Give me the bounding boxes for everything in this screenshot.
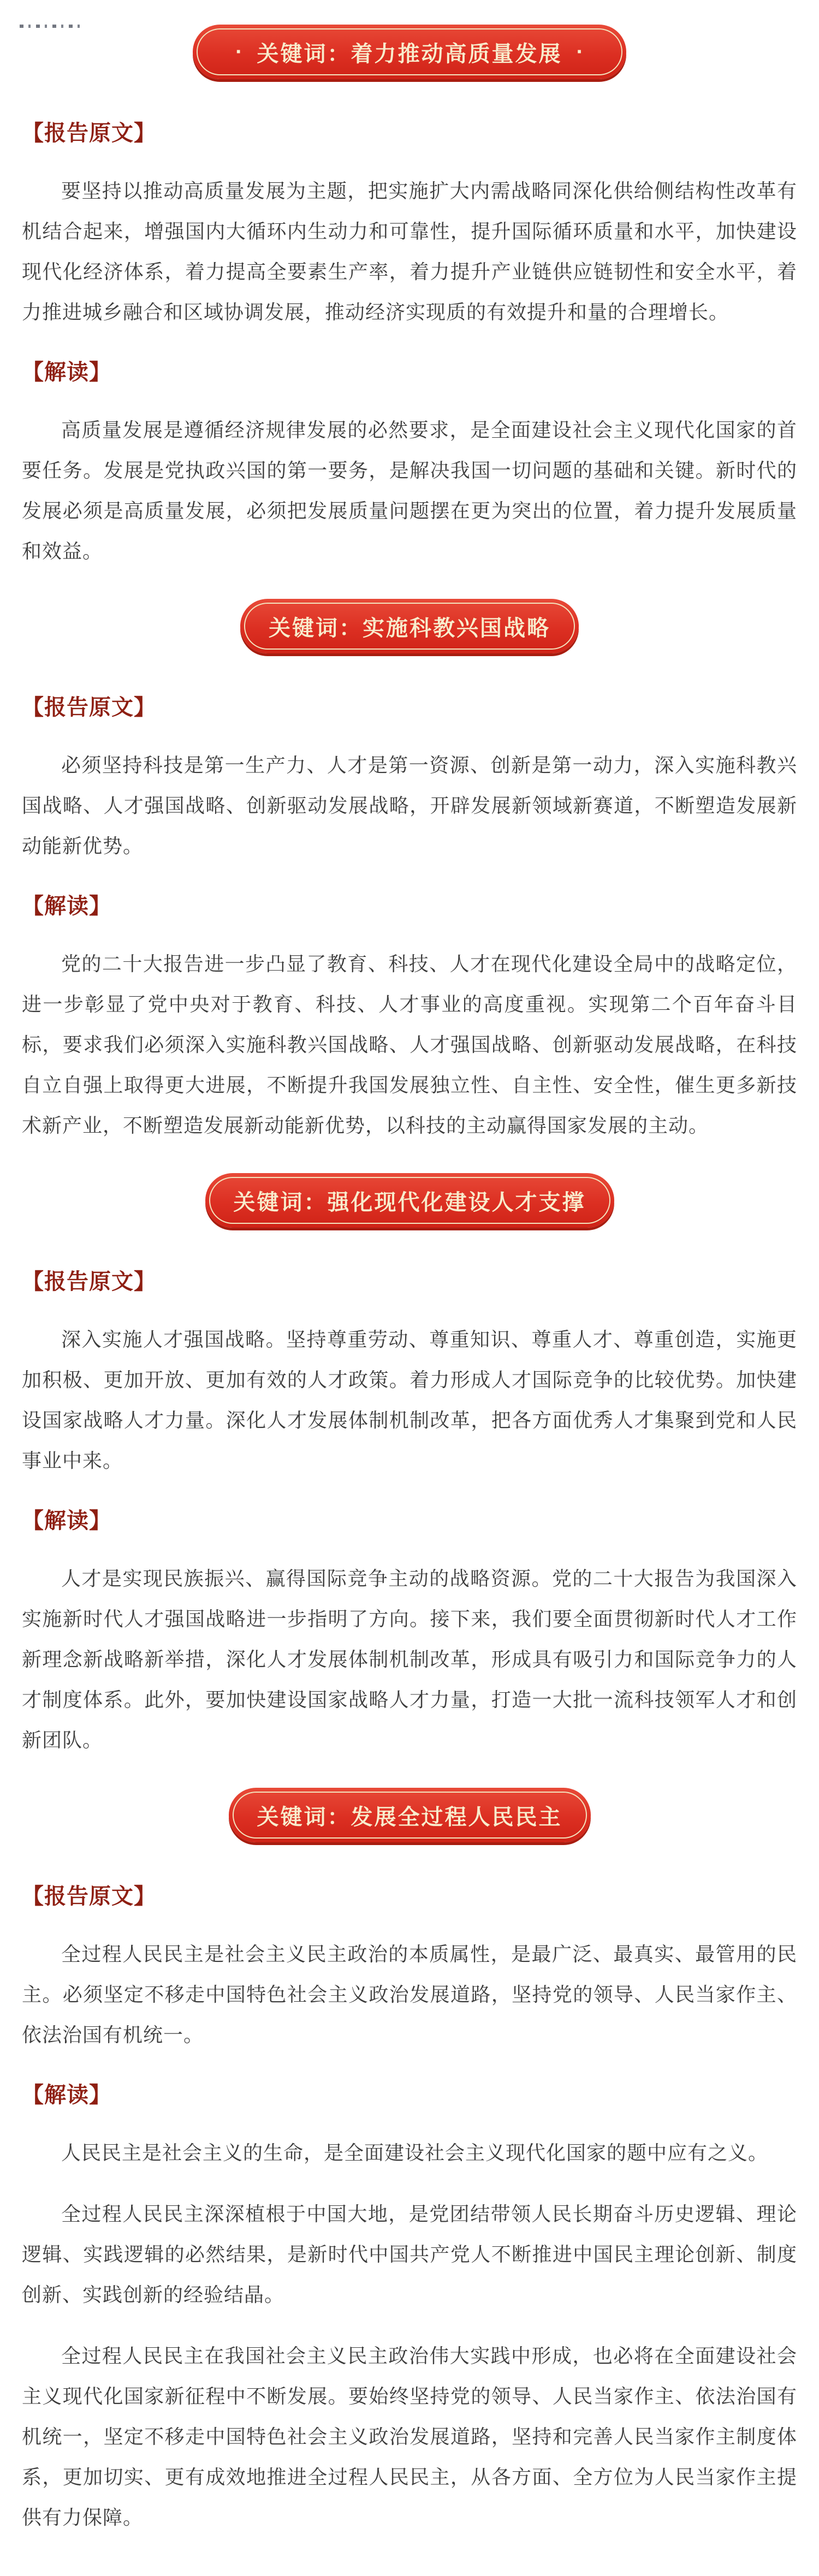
report-original-paragraph: 深入实施人才强国战略。坚持尊重劳动、尊重知识、尊重人才、尊重创造，实施更加积极、… bbox=[22, 1319, 797, 1481]
interpretation-paragraph-2: 全过程人民民主深深植根于中国大地，是党团结带领人民长期奋斗历史逻辑、理论逻辑、实… bbox=[22, 2194, 797, 2315]
interpretation-heading: 【解读】 bbox=[22, 358, 797, 387]
keyword-banner: 关键词：实施科教兴国战略 bbox=[240, 599, 579, 653]
report-original-paragraph: 必须坚持科技是第一生产力、人才是第一资源、创新是第一动力，深入实施科教兴国战略、… bbox=[22, 745, 797, 866]
keyword-banner: 关键词：强化现代化建设人才支撑 bbox=[205, 1173, 614, 1228]
interpretation-heading: 【解读】 bbox=[22, 1506, 797, 1536]
report-original-paragraph: 要坚持以推动高质量发展为主题，把实施扩大内需战略同深化供给侧结构性改革有机结合起… bbox=[22, 171, 797, 332]
keyword-banner: 关键词：发展全过程人民民主 bbox=[229, 1788, 591, 1842]
interpretation-heading: 【解读】 bbox=[22, 891, 797, 921]
interpretation-paragraph: 人才是实现民族振兴、赢得国际竞争主动的战略资源。党的二十大报告为我国深入实施新时… bbox=[22, 1558, 797, 1760]
banner-row: 关键词：发展全过程人民民主 bbox=[22, 1788, 797, 1842]
banner-row: 关键词：强化现代化建设人才支撑 bbox=[22, 1173, 797, 1228]
report-original-heading: 【报告原文】 bbox=[22, 1267, 797, 1296]
keyword-banner-label: 关键词：强化现代化建设人才支撑 bbox=[234, 1185, 586, 1216]
banner-dot-left: · bbox=[235, 41, 242, 63]
keyword-banner-label: 关键词：实施科教兴国战略 bbox=[269, 611, 550, 642]
report-original-paragraph: 全过程人民民主是社会主义民主政治的本质属性，是最广泛、最真实、最管用的民主。必须… bbox=[22, 1934, 797, 2055]
keyword-section-2: 关键词：实施科教兴国战略 【报告原文】 必须坚持科技是第一生产力、人才是第一资源… bbox=[22, 599, 797, 1146]
keyword-banner-label: 关键词：发展全过程人民民主 bbox=[257, 1800, 562, 1831]
banner-dot-right: · bbox=[577, 41, 584, 63]
cutoff-text-fragment-left bbox=[20, 25, 82, 28]
keyword-banner: · 关键词：着力推动高质量发展 · bbox=[193, 25, 626, 79]
banner-row: 关键词：实施科教兴国战略 bbox=[22, 599, 797, 653]
report-original-heading: 【报告原文】 bbox=[22, 118, 797, 148]
article-page: · 关键词：着力推动高质量发展 · 【报告原文】 要坚持以推动高质量发展为主题，… bbox=[0, 25, 819, 2576]
keyword-banner-label: 关键词：着力推动高质量发展 bbox=[257, 37, 562, 68]
keyword-section-4: 关键词：发展全过程人民民主 【报告原文】 全过程人民民主是社会主义民主政治的本质… bbox=[22, 1788, 797, 2538]
report-original-heading: 【报告原文】 bbox=[22, 1882, 797, 1911]
keyword-section-3: 关键词：强化现代化建设人才支撑 【报告原文】 深入实施人才强国战略。坚持尊重劳动… bbox=[22, 1173, 797, 1760]
report-original-heading: 【报告原文】 bbox=[22, 693, 797, 722]
interpretation-paragraph-1: 人民民主是社会主义的生命，是全面建设社会主义现代化国家的题中应有之义。 bbox=[22, 2133, 797, 2173]
interpretation-heading: 【解读】 bbox=[22, 2080, 797, 2110]
interpretation-paragraph-3: 全过程人民民主在我国社会主义民主政治伟大实践中形成，也必将在全面建设社会主义现代… bbox=[22, 2336, 797, 2538]
interpretation-paragraph: 高质量发展是遵循经济规律发展的必然要求，是全面建设社会主义现代化国家的首要任务。… bbox=[22, 410, 797, 572]
keyword-section-1: · 关键词：着力推动高质量发展 · 【报告原文】 要坚持以推动高质量发展为主题，… bbox=[22, 25, 797, 572]
banner-row: · 关键词：着力推动高质量发展 · bbox=[22, 25, 797, 79]
interpretation-paragraph: 党的二十大报告进一步凸显了教育、科技、人才在现代化建设全局中的战略定位，进一步彰… bbox=[22, 944, 797, 1146]
